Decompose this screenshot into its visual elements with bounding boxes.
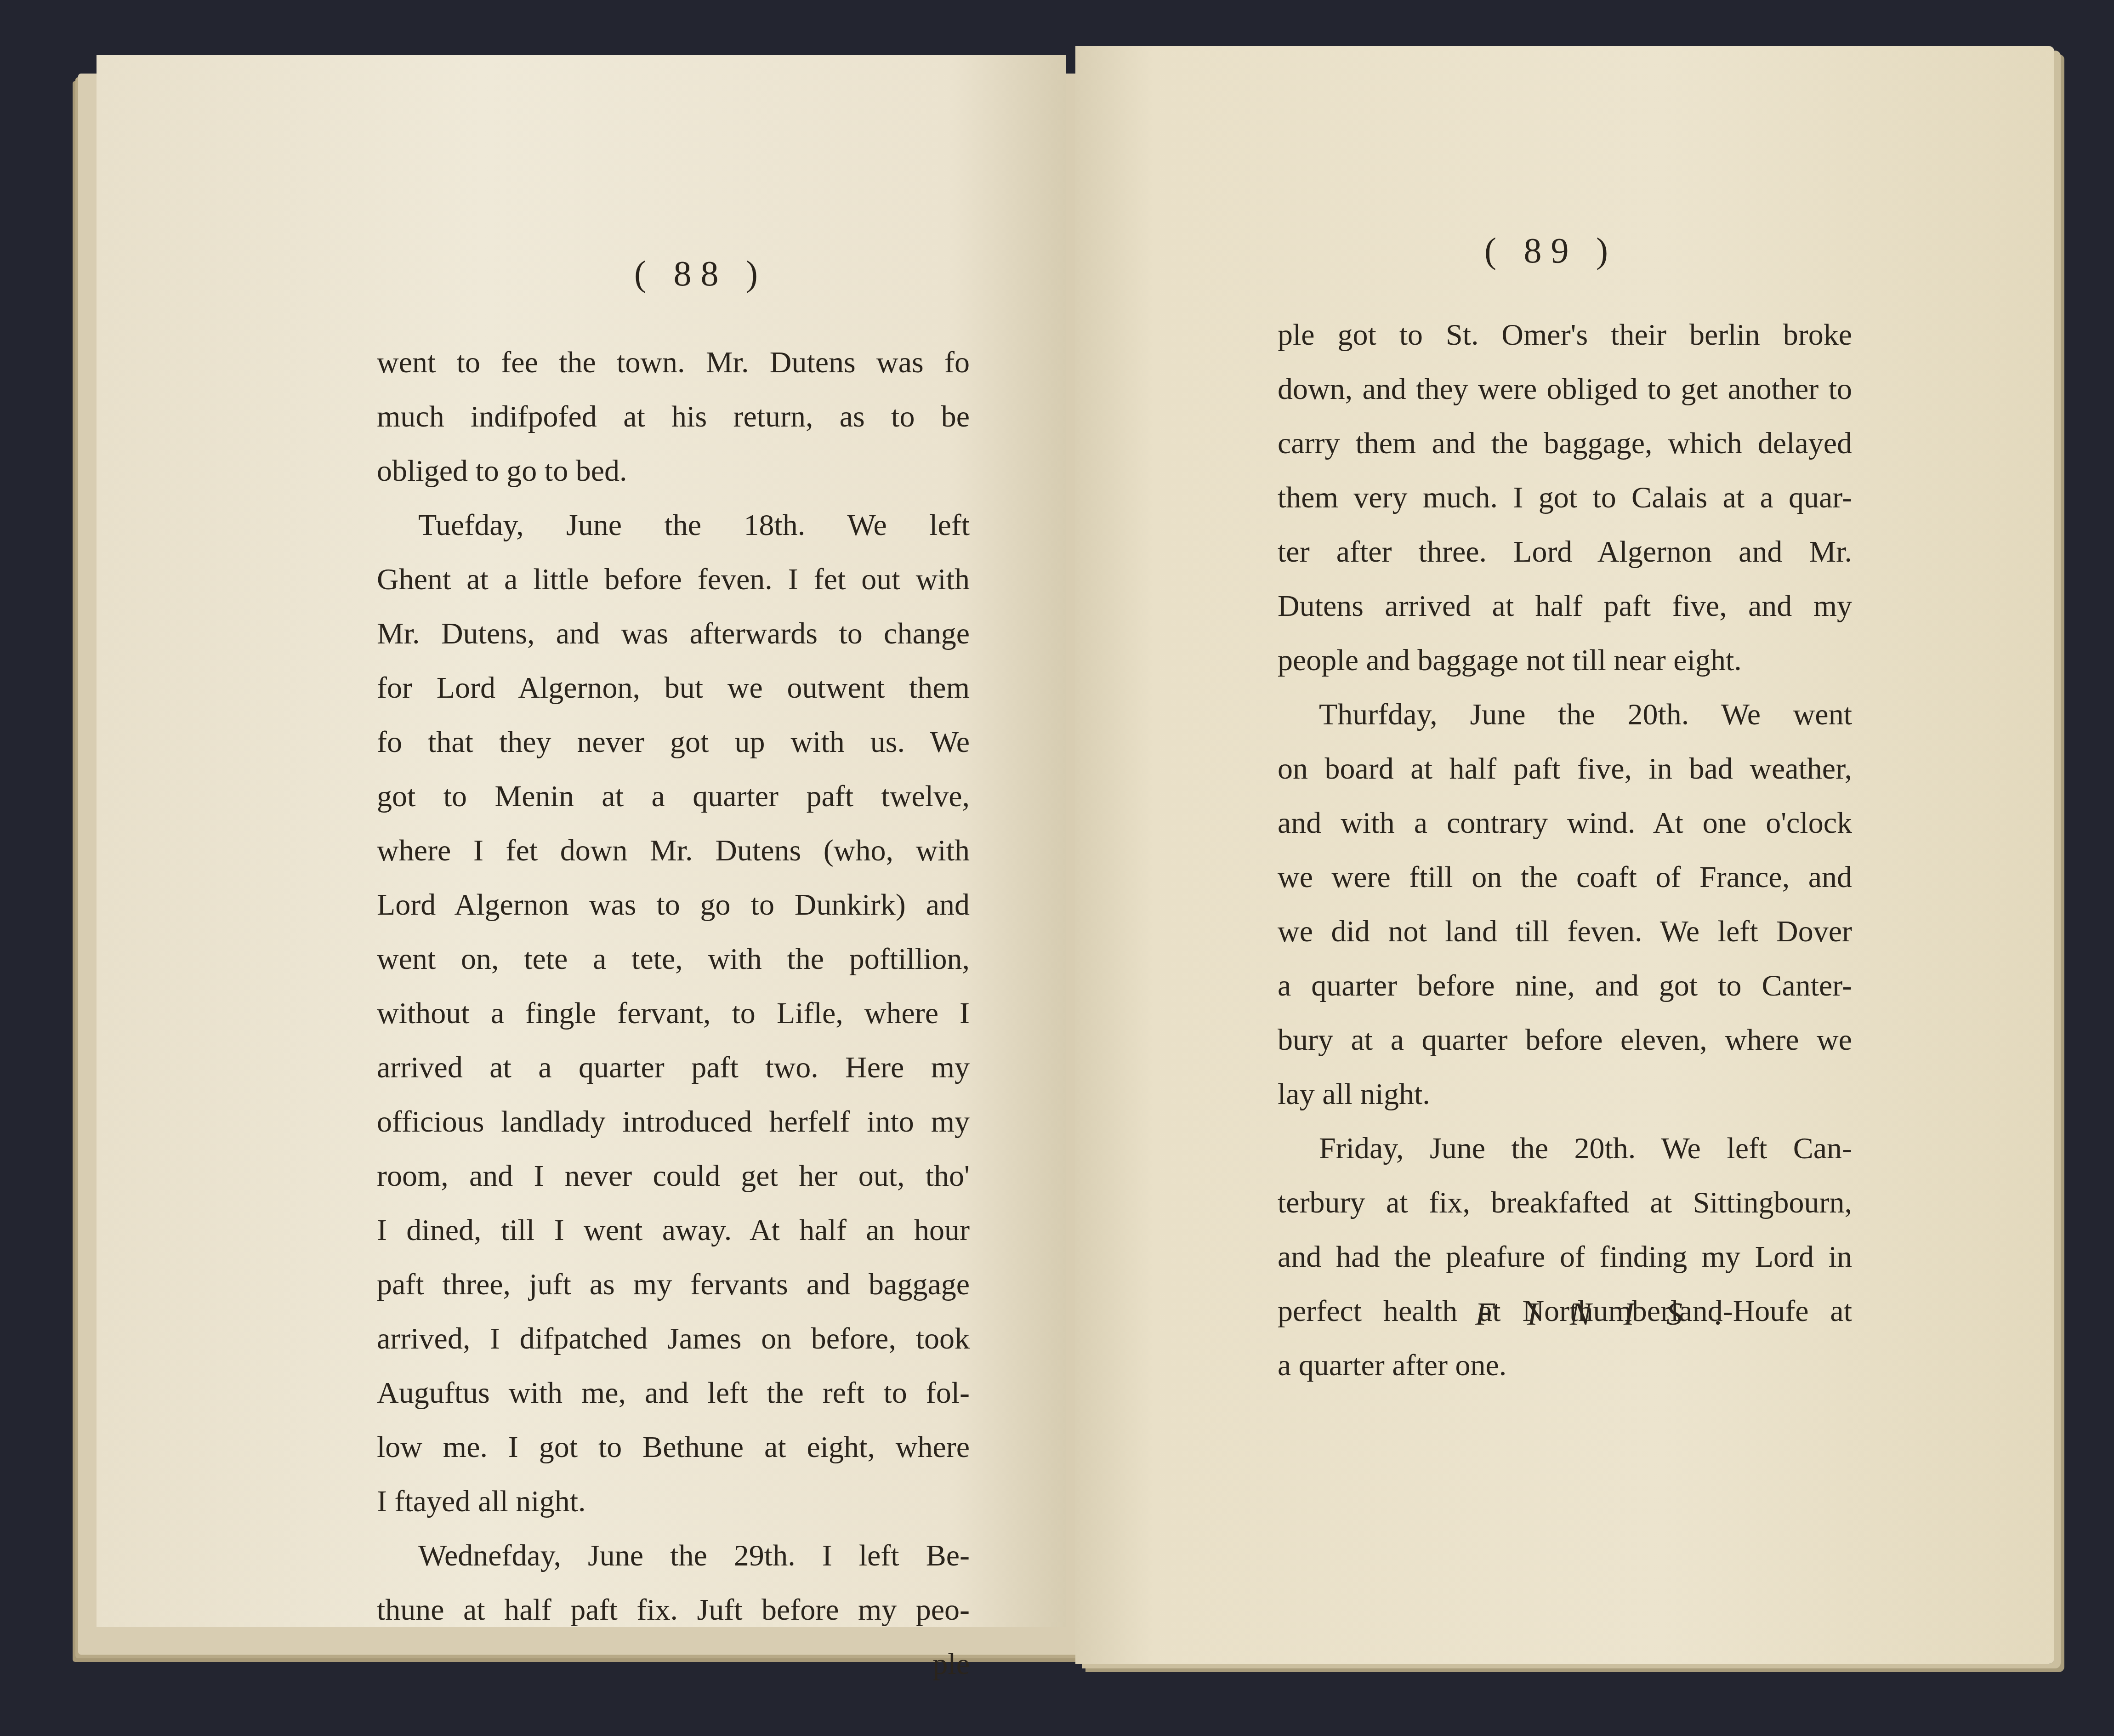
page-number-89: ( 89 ) [1484, 230, 1617, 271]
text-line: Lord Algernon was to go to Dunkirk) and [377, 878, 970, 932]
right-page: ( 89 ) ple got to St. Omer's their berli… [1075, 46, 2054, 1664]
text-line: people and baggage not till near eight. [1278, 633, 1852, 688]
text-line: and with a contrary wind. At one o'clock [1278, 796, 1852, 850]
text-line: much indifpofed at his return, as to be [377, 390, 970, 444]
text-line: ter after three. Lord Algernon and Mr. [1278, 525, 1852, 579]
text-line: paft three, juft as my fervants and bagg… [377, 1258, 970, 1312]
text-line: for Lord Algernon, but we outwent them [377, 661, 970, 715]
text-line: Auguftus with me, and left the reft to f… [377, 1366, 970, 1420]
text-line: Tuefday, June the 18th. We left [377, 498, 970, 552]
text-line: went to fee the town. Mr. Dutens was fo [377, 336, 970, 390]
text-line: terbury at fix, breakfafted at Sittingbo… [1278, 1176, 1852, 1230]
text-line: Wednefday, June the 29th. I left Be- [377, 1529, 970, 1583]
text-line: them very much. I got to Calais at a qua… [1278, 471, 1852, 525]
text-line: thune at half paft fix. Juft before my p… [377, 1583, 970, 1637]
text-line: Thurfday, June the 20th. We went [1278, 688, 1852, 742]
text-line: Ghent at a little before feven. I fet ou… [377, 552, 970, 607]
text-line: we were ftill on the coaft of France, an… [1278, 850, 1852, 905]
text-line: a quarter after one. [1278, 1338, 1852, 1393]
left-page: ( 88 ) went to fee the town. Mr. Dutens … [97, 55, 1066, 1627]
finis-heading: FINIS. [1475, 1296, 1755, 1333]
text-line: officious landlady introduced herfelf in… [377, 1095, 970, 1149]
text-line: fo that they never got up with us. We [377, 715, 970, 769]
text-line: I dined, till I went away. At half an ho… [377, 1203, 970, 1258]
text-line: down, and they were obliged to get anoth… [1278, 362, 1852, 416]
text-line: carry them and the baggage, which delaye… [1278, 416, 1852, 471]
text-line: and had the pleafure of finding my Lord … [1278, 1230, 1852, 1284]
text-line: I ftayed all night. [377, 1474, 970, 1529]
text-line: arrived at a quarter paft two. Here my [377, 1041, 970, 1095]
open-book: ( 88 ) went to fee the town. Mr. Dutens … [69, 46, 2068, 1701]
text-line: a quarter before nine, and got to Canter… [1278, 959, 1852, 1013]
text-line: bury at a quarter before eleven, where w… [1278, 1013, 1852, 1067]
text-line: went on, tete a tete, with the poftillio… [377, 932, 970, 986]
right-page-text: ple got to St. Omer's their berlin broke… [1278, 308, 1852, 1393]
left-page-text: went to fee the town. Mr. Dutens was fo … [377, 336, 970, 1691]
text-line: Friday, June the 20th. We left Can- [1278, 1121, 1852, 1176]
text-line: obliged to go to bed. [377, 444, 970, 498]
text-line: lay all night. [1278, 1067, 1852, 1121]
text-line: without a fingle fervant, to Lifle, wher… [377, 986, 970, 1041]
text-line: arrived, I difpatched James on before, t… [377, 1312, 970, 1366]
text-line: where I fet down Mr. Dutens (who, with [377, 824, 970, 878]
text-line: got to Menin at a quarter paft twelve, [377, 769, 970, 824]
catchword: ple [377, 1637, 970, 1691]
text-line: ple got to St. Omer's their berlin broke [1278, 308, 1852, 362]
text-line: Dutens arrived at half paft five, and my [1278, 579, 1852, 633]
text-line: we did not land till feven. We left Dove… [1278, 905, 1852, 959]
text-line: Mr. Dutens, and was afterwards to change [377, 607, 970, 661]
text-line: room, and I never could get her out, tho… [377, 1149, 970, 1203]
text-line: on board at half paft five, in bad weath… [1278, 742, 1852, 796]
page-number-88: ( 88 ) [634, 253, 767, 294]
text-line: low me. I got to Bethune at eight, where [377, 1420, 970, 1474]
